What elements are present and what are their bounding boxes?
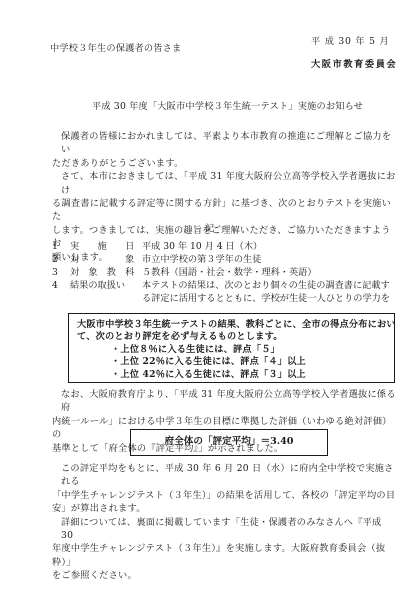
intro-line: さて、本市におきましては、「平成 31 年度大阪府公立高等学校入学者選抜におけ (52, 170, 396, 197)
recipient: 中学校３年生の保護者の皆さま (50, 43, 181, 56)
item-value: 平成 30 年 10 月 4 日（木） (142, 241, 262, 254)
intro-line: 保護者の皆様におかれましては、平素より本市教育の推進にご理解とご協力をい (52, 130, 396, 157)
item-number: 4 (52, 280, 58, 293)
rule-text: て、次のとおり評定を必ず与えるものとします。 (77, 331, 386, 343)
item-label: 対 象 教 科 (70, 267, 138, 280)
item-number: 1 (52, 241, 58, 254)
item-number: 2 (52, 254, 58, 267)
page-title: 平成 30 年度「大阪市中学校３年生統一テスト」実施のお知らせ (92, 101, 363, 114)
closing-text: この評定平均をもとに、平成 30 年 6 月 20 日（水）に府内全中学校で実施… (52, 462, 396, 583)
item-value: る評定に活用するとともに、学校が生徒一人ひとりの学力を (142, 293, 390, 306)
closing-line: 「中学生チャレンジテスト（３年生）」の結果を活用して、各校の「評定平均の目 (52, 489, 396, 502)
average-value: 府全体の「評定平均」＝3.40 (165, 436, 294, 447)
average-box: 府全体の「評定平均」＝3.40 (130, 429, 328, 456)
document-date: 平 成 30 年 5 月 (311, 36, 390, 49)
note-line: なお、大阪府教育庁より、「平成 31 年度大阪府公立高等学校入学者選抜に係る府 (52, 388, 396, 415)
rule-bullet: ・上位 22％に入る生徒には、評点「４」以上 (77, 356, 386, 368)
item-label: 対 象 (70, 254, 138, 267)
rule-text: 大阪市中学校３年生統一テストの結果、教科ごとに、全市の得点分布におい (77, 319, 386, 331)
ki-heading: 記 (205, 223, 214, 236)
grading-rule-box: 大阪市中学校３年生統一テストの結果、教科ごとに、全市の得点分布におい て、次のと… (68, 313, 395, 383)
issuer: 大阪市教育委員会 (311, 59, 397, 72)
closing-line: 安」が算出されます。 (52, 502, 396, 515)
closing-line: 年度中学生チャレンジテスト（３年生）』を実施します。大阪府教育委員会（抜粋）」 (52, 542, 396, 569)
item-value: 本テストの結果は、次のとおり個々の生徒の調査書に記載す (142, 280, 390, 293)
item-number: 3 (52, 267, 58, 280)
closing-line: この評定平均をもとに、平成 30 年 6 月 20 日（水）に府内全中学校で実施… (52, 462, 396, 489)
item-label: 結果の取扱い (70, 280, 138, 293)
closing-line: 詳細については、裏面に掲載しています「生徒・保護者のみなさんへ『平成 30 (52, 516, 396, 543)
rule-bullet: ・上位 42％に入る生徒には、評点「３」以上 (77, 369, 386, 381)
intro-line: ただきありがとうございます。 (52, 157, 396, 170)
item-label: 実 施 日 (70, 241, 138, 254)
item-value: ５教科（国語・社会・数学・理科・英語） (142, 267, 317, 280)
closing-line: をご参照ください。 (52, 569, 396, 582)
intro-line: る調査書に記載する評定等に関する方針」に基づき、次のとおりテストを実施いた (52, 197, 396, 224)
rule-bullet: ・上位８％に入る生徒には、評点「５」 (77, 344, 386, 356)
item-value: 市立中学校の第３学年の生徒 (142, 254, 261, 267)
